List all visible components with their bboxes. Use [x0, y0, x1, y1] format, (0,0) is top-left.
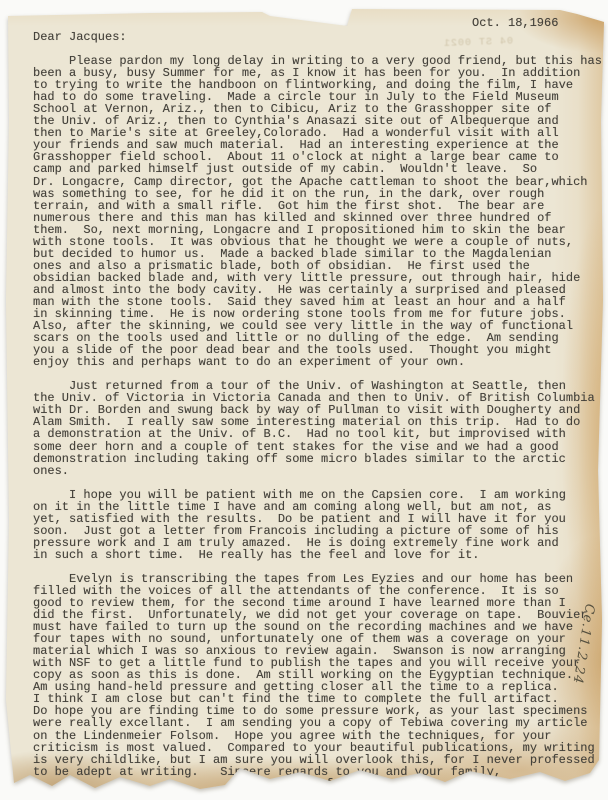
scanned-letter: Oct. 18,1966 04 ST 0021 Dear Jacques: Pl… [0, 0, 608, 800]
letter-closing: Your friend, [290, 778, 608, 790]
letter-salutation: Dear Jacques: [33, 31, 608, 43]
letter-paragraph: I hope you will be patient with me on th… [33, 489, 608, 561]
letter-date: Oct. 18,1966 [472, 16, 558, 30]
letter-paragraph: Just returned from a tour of the Univ. o… [33, 380, 608, 476]
letter-body: Dear Jacques: Please pardon my long dela… [33, 31, 608, 790]
paper-fold-crease [260, 11, 355, 28]
letter-paragraph: Please pardon my long delay in writing t… [33, 55, 608, 368]
letter-paragraph: Evelyn is transcribing the tapes from Le… [33, 573, 608, 778]
letter-page: Oct. 18,1966 04 ST 0021 Dear Jacques: Pl… [0, 0, 608, 800]
